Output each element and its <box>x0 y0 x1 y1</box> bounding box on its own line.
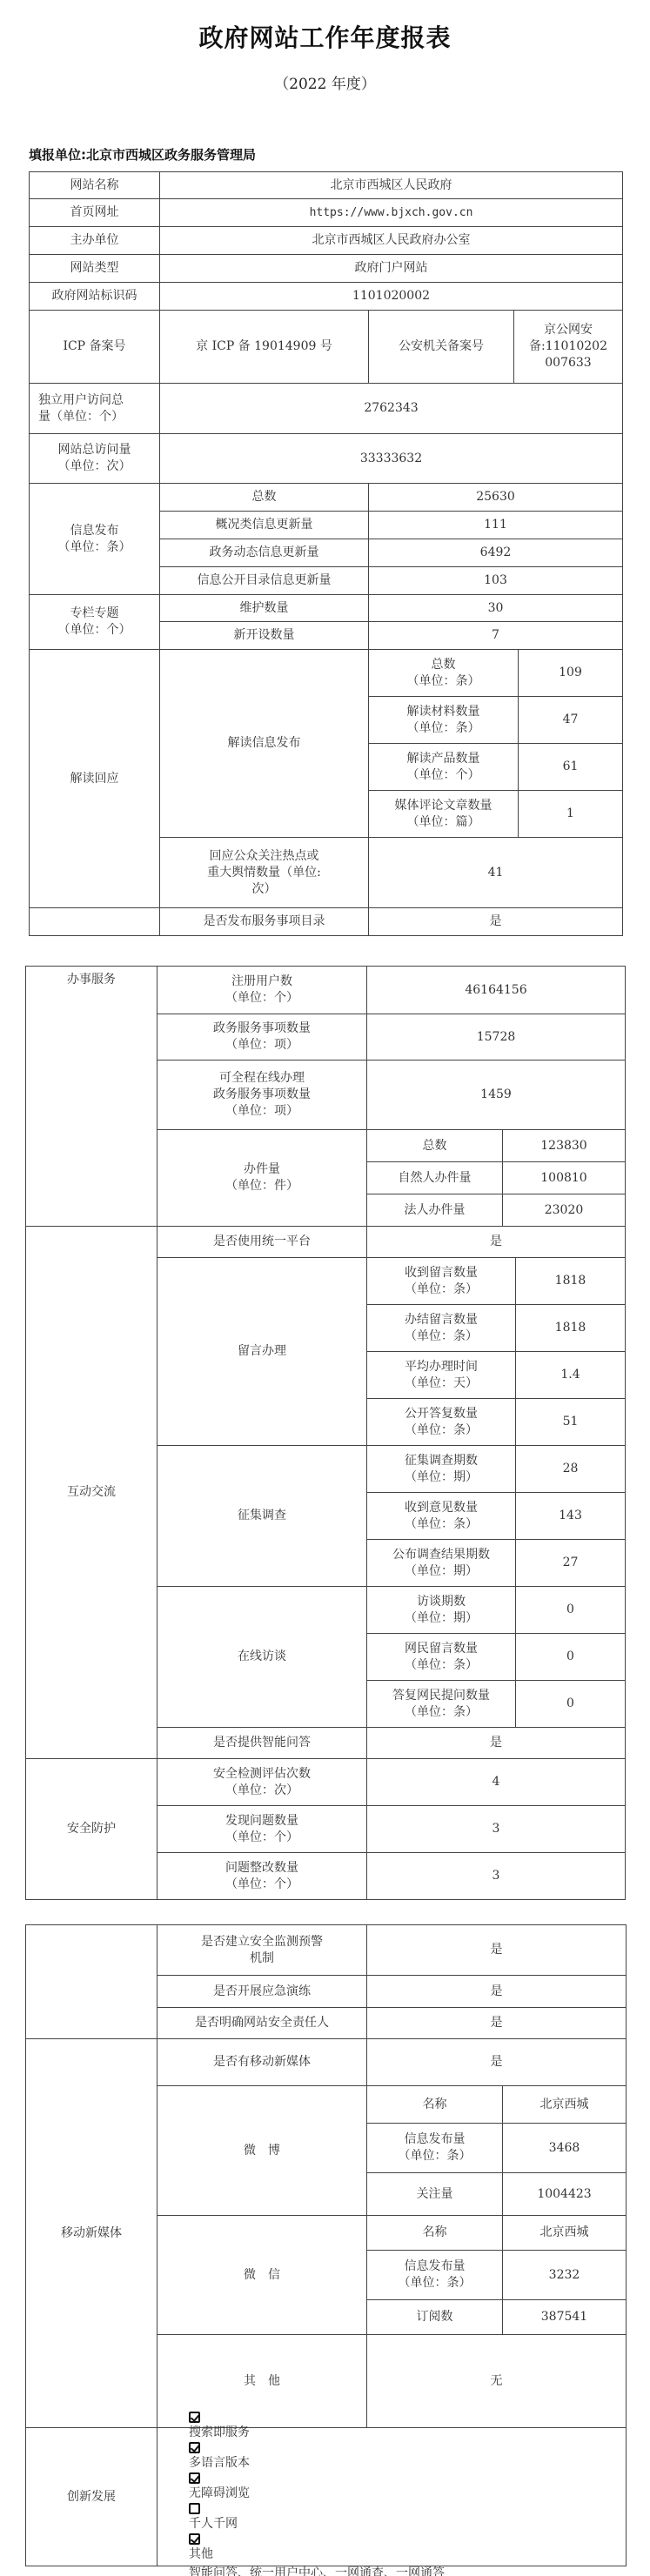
service-items-label: 政务服务事项数量（单位：项） <box>157 1014 367 1061</box>
option-search-service: 搜索即服务 <box>189 2423 445 2442</box>
service-items-value: 15728 <box>366 1014 626 1061</box>
checkbox-checked-icon[interactable] <box>189 2533 200 2545</box>
cases-natural-value: 100810 <box>502 1161 626 1194</box>
security-issues-value: 3 <box>366 1805 626 1853</box>
label-line: 收到意见数量 <box>405 1500 478 1516</box>
messages-received-label: 收到留言数量（单位：条） <box>366 1257 516 1305</box>
icp-label: ICP 备案号 <box>29 310 160 384</box>
label-line: （单位：期） <box>405 1563 478 1580</box>
report-year: （2022 年度） <box>0 71 650 93</box>
police-record-label: 公安机关备案号 <box>368 310 514 384</box>
site-id-value: 1101020002 <box>159 282 623 311</box>
innovation-options: 搜索即服务多语言版本无障碍浏览千人千网其他 智能问答、统一用户中心、一网通查、一… <box>157 2427 627 2566</box>
label-line: （单位：期） <box>405 1469 478 1486</box>
weibo-name-label: 名称 <box>366 2085 503 2124</box>
label-line: （单位：条） <box>405 1657 478 1674</box>
survey-label: 征集调查 <box>157 1445 367 1587</box>
label-line: （单位：条） <box>405 1422 478 1439</box>
columns-maintained-value: 30 <box>368 594 623 622</box>
info-total-label: 总数 <box>159 483 369 512</box>
unified-platform-label: 是否使用统一平台 <box>157 1226 367 1258</box>
security-issues-label: 发现问题数量（单位：个） <box>157 1805 367 1853</box>
label-line: 注册用户数 <box>231 974 292 990</box>
interview-replies-value: 0 <box>515 1680 626 1728</box>
messages-received-value: 1818 <box>515 1257 626 1305</box>
unique-visitors-value: 2762343 <box>159 383 623 434</box>
messages-public-label: 公开答复数量（单位：条） <box>366 1398 516 1446</box>
response-value: 41 <box>368 837 623 908</box>
option-other: 其他 <box>189 2545 445 2564</box>
label-line: 政务服务事项数量 <box>213 1020 311 1037</box>
cases-total-value: 123830 <box>502 1129 626 1162</box>
info-publish-label: 信息发布 （单位：条） <box>29 483 160 595</box>
interpret-media-value: 1 <box>518 790 623 838</box>
interpret-publish-label: 解读信息发布 <box>159 649 369 838</box>
unique-visitors-label: 独立用户访问总 量（单位：个） <box>29 383 160 434</box>
interpret-total-label: 总数（单位：条） <box>368 649 519 697</box>
label-line: 独立用户访问总 <box>38 392 124 409</box>
has-new-media-label: 是否有移动新媒体 <box>157 2038 367 2086</box>
wechat-label: 微 信 <box>157 2215 367 2335</box>
label-line: （单位：个） <box>225 990 298 1007</box>
label-line: 办结留言数量 <box>405 1312 478 1328</box>
cases-total-label: 总数 <box>366 1129 503 1162</box>
label-line: 总数 <box>432 657 456 673</box>
emergency-drill-label: 是否开展应急演练 <box>157 1975 367 2008</box>
info-news-value: 6492 <box>368 539 623 567</box>
label-line: 公开答复数量 <box>405 1406 478 1422</box>
label-line: 解读材料数量 <box>407 704 480 720</box>
filling-unit: 填报单位:北京市西城区政务服务管理局 <box>29 145 256 164</box>
interpret-product-label: 解读产品数量（单位：个） <box>368 743 519 791</box>
label-line: 问题整改数量 <box>225 1860 298 1877</box>
label-line: 信息发布量 <box>405 2258 466 2275</box>
cases-legal-label: 法人办件量 <box>366 1194 503 1227</box>
blank-cell <box>29 907 160 936</box>
label-line: 网站总访问量 <box>58 442 131 458</box>
service-catalog-value: 是 <box>368 907 623 936</box>
interpret-label: 解读回应 <box>29 649 160 908</box>
info-overview-label: 概况类信息更新量 <box>159 511 369 539</box>
page-views-label: 网站总访问量 （单位：次） <box>29 433 160 484</box>
info-overview-value: 111 <box>368 511 623 539</box>
info-disclosure-value: 103 <box>368 566 623 595</box>
interview-periods-label: 访谈期数（单位：期） <box>366 1586 516 1634</box>
police-record-line: 备:11010202 <box>529 338 607 355</box>
survey-opinions-label: 收到意见数量（单位：条） <box>366 1492 516 1540</box>
interview-label: 在线访谈 <box>157 1586 367 1728</box>
weibo-followers-value: 1004423 <box>502 2172 627 2216</box>
site-id-label: 政府网站标识码 <box>29 282 160 311</box>
blank-cell <box>25 1924 157 2039</box>
emergency-drill-value: 是 <box>366 1975 627 2008</box>
police-record-line: 京公网安 <box>544 322 593 338</box>
label-line: （单位：次） <box>225 1783 298 1799</box>
columns-maintained-label: 维护数量 <box>159 594 369 622</box>
security-tests-label: 安全检测评估次数（单位：次） <box>157 1758 367 1806</box>
page-title: 政府网站工作年度报表 <box>0 19 650 54</box>
survey-opinions-value: 143 <box>515 1492 626 1540</box>
columns-new-value: 7 <box>368 621 623 650</box>
label-line: （单位：条） <box>399 2275 472 2292</box>
innovation-label: 创新发展 <box>25 2427 157 2566</box>
checkbox-checked-icon[interactable] <box>189 2472 200 2484</box>
homepage-url[interactable]: https://www.bjxch.gov.cn <box>159 198 623 227</box>
sponsor-value: 北京市西城区人民政府办公室 <box>159 226 623 255</box>
label-line: （单位：个） <box>58 622 131 639</box>
label-line: （单位：件） <box>225 1178 298 1194</box>
label-line: （单位：条） <box>58 539 131 556</box>
interpret-material-label: 解读材料数量（单位：条） <box>368 696 519 744</box>
site-name-value: 北京市西城区人民政府 <box>159 171 623 199</box>
columns-new-label: 新开设数量 <box>159 621 369 650</box>
label-line: （单位：条） <box>407 720 480 737</box>
messages-public-value: 51 <box>515 1398 626 1446</box>
info-disclosure-label: 信息公开目录信息更新量 <box>159 566 369 595</box>
wechat-posts-label: 信息发布量（单位：条） <box>366 2250 503 2300</box>
label-line: （单位：个） <box>407 767 480 784</box>
wechat-subs-value: 387541 <box>502 2299 627 2335</box>
label-line: （单位：天） <box>405 1375 478 1392</box>
innovation-other-text: 智能问答、统一用户中心、一网通查、一网通答 <box>189 2564 445 2576</box>
security-label: 安全防护 <box>25 1758 157 1900</box>
unified-platform-value: 是 <box>366 1226 626 1258</box>
label-line: 是否建立安全监测预警 <box>201 1934 323 1950</box>
info-news-label: 政务动态信息更新量 <box>159 539 369 567</box>
messages-closed-label: 办结留言数量（单位：条） <box>366 1304 516 1352</box>
label-line: （单位：期） <box>405 1610 478 1627</box>
label-line: （单位：个） <box>225 1830 298 1846</box>
label-line: 网民留言数量 <box>405 1641 478 1657</box>
interpret-product-value: 61 <box>518 743 623 791</box>
checkbox-checked-icon[interactable] <box>189 2442 200 2453</box>
label-line: 安全检测评估次数 <box>213 1766 311 1783</box>
security-fixed-label: 问题整改数量（单位：个） <box>157 1852 367 1900</box>
survey-periods-value: 28 <box>515 1445 626 1493</box>
label-line: 解读产品数量 <box>407 751 480 767</box>
label-line: 重大舆情数量（单位: <box>207 865 321 881</box>
label-line: （单位：项） <box>225 1103 298 1120</box>
site-type-label: 网站类型 <box>29 254 160 283</box>
label-line: 平均办理时间 <box>405 1359 478 1375</box>
label-line: 专栏专题 <box>70 606 119 622</box>
option-multilingual: 多语言版本 <box>189 2453 445 2472</box>
interview-messages-value: 0 <box>515 1633 626 1681</box>
weibo-label: 微 博 <box>157 2085 367 2216</box>
label-line: （单位：次） <box>58 458 131 475</box>
checkbox-unchecked-icon[interactable] <box>189 2503 200 2514</box>
weibo-posts-value: 3468 <box>502 2123 627 2173</box>
warning-mechanism-label: 是否建立安全监测预警机制 <box>157 1924 367 1976</box>
online-items-label: 可全程在线办理政务服务事项数量（单位：项） <box>157 1060 367 1130</box>
online-items-value: 1459 <box>366 1060 626 1130</box>
label-line: （单位：条） <box>405 1281 478 1298</box>
survey-results-label: 公布调查结果期数（单位：期） <box>366 1539 516 1587</box>
label-line: 发现问题数量 <box>225 1813 298 1830</box>
warning-mechanism-value: 是 <box>366 1924 627 1976</box>
label-line: （单位：条） <box>405 1516 478 1533</box>
messages-avg-time-value: 1.4 <box>515 1351 626 1399</box>
label-line: 机制 <box>250 1950 274 1967</box>
interpret-media-label: 媒体评论文章数量（单位：篇） <box>368 790 519 838</box>
page-views-value: 33333632 <box>159 433 623 484</box>
cases-natural-label: 自然人办件量 <box>366 1161 503 1194</box>
sponsor-label: 主办单位 <box>29 226 160 255</box>
security-fixed-value: 3 <box>366 1852 626 1900</box>
option-accessibility: 无障碍浏览 <box>189 2484 445 2503</box>
police-record-value: 京公网安 备:11010202 007633 <box>513 310 623 384</box>
response-label: 回应公众关注热点或 重大舆情数量（单位: 次） <box>159 837 369 908</box>
site-name-label: 网站名称 <box>29 171 160 199</box>
label-line: 媒体评论文章数量 <box>395 798 493 814</box>
messages-label: 留言办理 <box>157 1257 367 1446</box>
label-line: 公布调查结果期数 <box>392 1547 490 1563</box>
registered-users-label: 注册用户数（单位：个） <box>157 966 367 1014</box>
label-line: （单位：个） <box>225 1877 298 1893</box>
info-total-value: 25630 <box>368 483 623 512</box>
label-line: （单位：条） <box>405 1704 478 1721</box>
messages-avg-time-label: 平均办理时间（单位：天） <box>366 1351 516 1399</box>
smart-qa-value: 是 <box>366 1727 626 1759</box>
label-line: 次） <box>252 881 277 898</box>
interview-periods-value: 0 <box>515 1586 626 1634</box>
interpret-material-value: 47 <box>518 696 623 744</box>
label-line: 答复网民提问数量 <box>392 1688 490 1704</box>
cases-label: 办件量（单位：件） <box>157 1129 367 1227</box>
icp-value: 京 ICP 备 19014909 号 <box>159 310 369 384</box>
cases-legal-value: 23020 <box>502 1194 626 1227</box>
weibo-followers-label: 关注量 <box>366 2172 503 2216</box>
registered-users-value: 46164156 <box>366 966 626 1014</box>
label-line: 收到留言数量 <box>405 1265 478 1281</box>
label-line: 回应公众关注热点或 <box>210 848 319 865</box>
label-line: （单位：条） <box>399 2148 472 2165</box>
service-catalog-label: 是否发布服务事项目录 <box>159 907 369 936</box>
option-personalized: 千人千网 <box>189 2514 445 2533</box>
columns-label: 专栏专题 （单位：个） <box>29 594 160 650</box>
service-label: 办事服务 <box>25 966 157 1227</box>
survey-periods-label: 征集调查期数（单位：期） <box>366 1445 516 1493</box>
wechat-subs-label: 订阅数 <box>366 2299 503 2335</box>
checkbox-checked-icon[interactable] <box>189 2412 200 2423</box>
security-owner-value: 是 <box>366 2007 627 2039</box>
security-tests-value: 4 <box>366 1758 626 1806</box>
interview-replies-label: 答复网民提问数量（单位：条） <box>366 1680 516 1728</box>
label-line: （单位：条） <box>405 1328 478 1345</box>
weibo-posts-label: 信息发布量（单位：条） <box>366 2123 503 2173</box>
label-line: （单位：条） <box>407 673 480 690</box>
wechat-name-label: 名称 <box>366 2215 503 2251</box>
site-type-value: 政府门户网站 <box>159 254 623 283</box>
security-owner-label: 是否明确网站安全责任人 <box>157 2007 367 2039</box>
label-line: 信息发布量 <box>405 2131 466 2148</box>
interpret-total-value: 109 <box>518 649 623 697</box>
label-line: （单位：项） <box>225 1037 298 1054</box>
survey-results-value: 27 <box>515 1539 626 1587</box>
wechat-name-value: 北京西城 <box>502 2215 627 2251</box>
police-record-line: 007633 <box>545 355 591 371</box>
new-media-label: 移动新媒体 <box>25 2038 157 2428</box>
label-line: 访谈期数 <box>417 1594 466 1610</box>
label-line: 办件量 <box>244 1161 280 1178</box>
label-line: 信息发布 <box>70 523 119 539</box>
has-new-media-value: 是 <box>366 2038 627 2086</box>
smart-qa-label: 是否提供智能问答 <box>157 1727 367 1759</box>
weibo-name-value: 北京西城 <box>502 2085 627 2124</box>
label-line: 可全程在线办理 <box>219 1070 305 1087</box>
label-line: （单位：篇） <box>407 814 480 831</box>
interview-messages-label: 网民留言数量（单位：条） <box>366 1633 516 1681</box>
interaction-label: 互动交流 <box>25 1226 157 1759</box>
homepage-label: 首页网址 <box>29 198 160 227</box>
label-line: 量（单位：个） <box>38 409 124 425</box>
label-line: 征集调查期数 <box>405 1453 478 1469</box>
wechat-posts-value: 3232 <box>502 2250 627 2300</box>
messages-closed-value: 1818 <box>515 1304 626 1352</box>
innovation-checklist: 搜索即服务多语言版本无障碍浏览千人千网其他 智能问答、统一用户中心、一网通查、一… <box>189 2412 445 2576</box>
label-line: 政务服务事项数量 <box>213 1087 311 1103</box>
